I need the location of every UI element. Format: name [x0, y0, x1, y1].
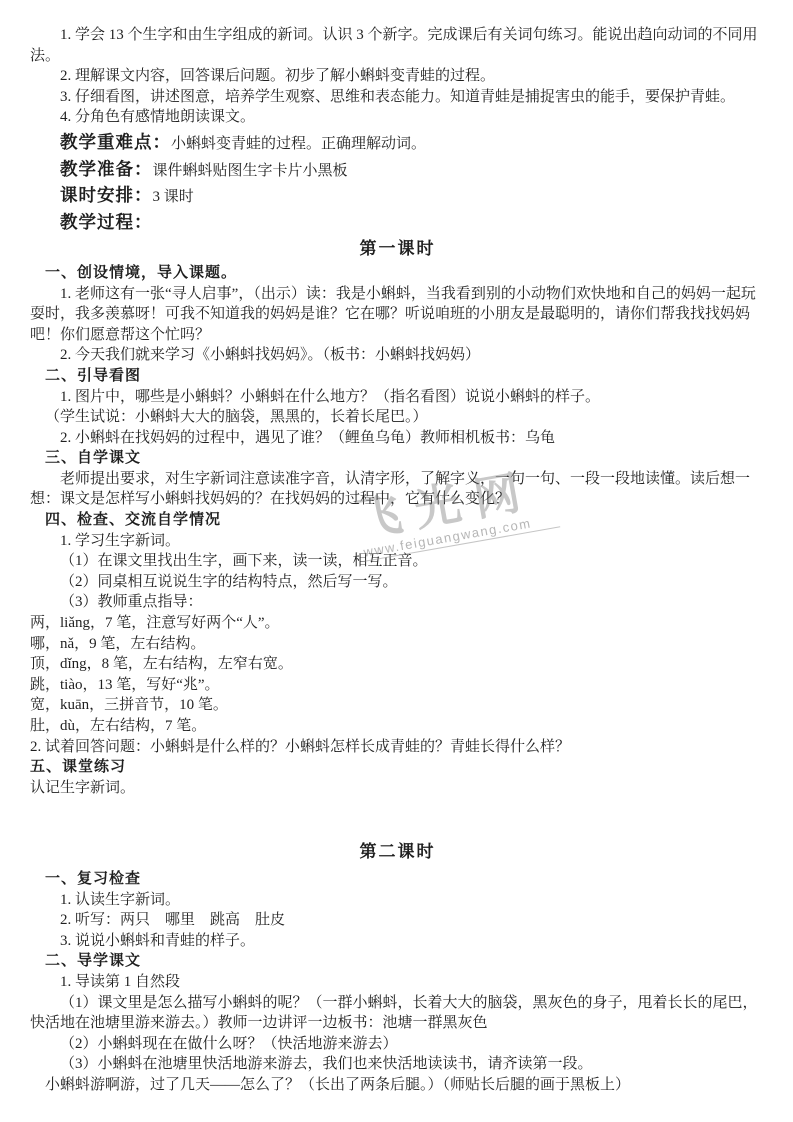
field-label: 课时安排： — [60, 185, 153, 205]
section-heading: 二、导学课文 — [30, 951, 765, 972]
paragraph: （1）课文里是怎么描写小蝌蚪的呢？（一群小蝌蚪，长着大大的脑袋，黑灰色的身子，甩… — [30, 993, 765, 1034]
paragraph: （2）小蝌蚪现在在做什么呀？（快活地游来游去） — [30, 1034, 765, 1055]
section-heading: 一、复习检查 — [30, 869, 765, 890]
field-value: 课件蝌蚪贴图生字卡片小黑板 — [153, 163, 348, 179]
field-label: 教学重难点： — [60, 132, 171, 152]
paragraph: 2. 试着回答问题：小蝌蚪是什么样的？小蝌蚪怎样长成青蛙的？青蛙长得什么样？ — [30, 737, 765, 758]
paragraph: 跳，tiào，13 笔，写好“兆”。 — [30, 675, 765, 696]
paragraph: 肚，dù，左右结构，7 笔。 — [30, 716, 765, 737]
section-heading: 五、课堂练习 — [30, 757, 765, 778]
paragraph: 宽，kuān，三拼音节，10 笔。 — [30, 695, 765, 716]
paragraph: （3）教师重点指导： — [30, 592, 765, 613]
paragraph: 2. 听写：两只 哪里 跳高 肚皮 — [30, 910, 765, 931]
paragraph: 3. 说说小蝌蚪和青蛙的样子。 — [30, 931, 765, 952]
paragraph: （1）在课文里找出生字，画下来，读一读，相互正音。 — [30, 551, 765, 572]
paragraph: 3. 仔细看图，讲述图意，培养学生观察、思维和表态能力。知道青蛙是捕捉害虫的能手… — [30, 87, 765, 108]
paragraph: 顶，dǐng，8 笔，左右结构，左窄右宽。 — [30, 654, 765, 675]
paragraph: （学生试说：小蝌蚪大大的脑袋，黑黑的，长着长尾巴。） — [30, 407, 765, 428]
paragraph: 1. 认读生字新词。 — [30, 890, 765, 911]
paragraph: 1. 老师这有一张“寻人启事”，（出示）读：我是小蝌蚪，当我看到别的小动物们欢快… — [30, 284, 765, 346]
field-line: 教学过程： — [30, 212, 765, 235]
session-title: 第二课时 — [30, 842, 765, 863]
paragraph: 哪，nǎ，9 笔，左右结构。 — [30, 634, 765, 655]
document-page: 1. 学会 13 个生字和由生字组成的新词。认识 3 个新字。完成课后有关词句练… — [0, 0, 793, 1122]
paragraph: 小蝌蚪游啊游，过了几天——怎么了？（长出了两条后腿。）（师贴长后腿的画于黑板上） — [30, 1075, 765, 1096]
paragraph: 2. 理解课文内容，回答课后问题。初步了解小蝌蚪变青蛙的过程。 — [30, 66, 765, 87]
section-heading: 二、引导看图 — [30, 366, 765, 387]
paragraph: （3）小蝌蚪在池塘里快活地游来游去，我们也来快活地读读书，请齐读第一段。 — [30, 1054, 765, 1075]
paragraph: 认记生字新词。 — [30, 778, 765, 799]
paragraph: 1. 导读第 1 自然段 — [30, 972, 765, 993]
field-line: 教学重难点：小蝌蚪变青蛙的过程。正确理解动词。 — [30, 132, 765, 155]
paragraph: 1. 学习生字新词。 — [30, 531, 765, 552]
paragraph: 1. 学会 13 个生字和由生字组成的新词。认识 3 个新字。完成课后有关词句练… — [30, 25, 765, 66]
paragraph: 1. 图片中，哪些是小蝌蚪？小蝌蚪在什么地方？（指名看图）说说小蝌蚪的样子。 — [30, 387, 765, 408]
paragraph: 两，liǎng，7 笔，注意写好两个“人”。 — [30, 613, 765, 634]
paragraph: 2. 小蝌蚪在找妈妈的过程中，遇见了谁？（鲤鱼乌龟）教师相机板书：乌龟 — [30, 428, 765, 449]
field-value: 小蝌蚪变青蛙的过程。正确理解动词。 — [171, 136, 426, 152]
section-heading: 一、创设情境，导入课题。 — [30, 263, 765, 284]
paragraph: 4. 分角色有感情地朗读课文。 — [30, 107, 765, 128]
document-body: 1. 学会 13 个生字和由生字组成的新词。认识 3 个新字。完成课后有关词句练… — [30, 25, 765, 1096]
session-title: 第一课时 — [30, 239, 765, 260]
paragraph: 2. 今天我们就来学习《小蝌蚪找妈妈》。（板书：小蝌蚪找妈妈） — [30, 345, 765, 366]
paragraph: （2）同桌相互说说生字的结构特点，然后写一写。 — [30, 572, 765, 593]
section-heading: 四、检查、交流自学情况 — [30, 510, 765, 531]
lesson-plan-document: 1. 学会 13 个生字和由生字组成的新词。认识 3 个新字。完成课后有关词句练… — [0, 0, 793, 1096]
field-line: 课时安排：3 课时 — [30, 185, 765, 208]
field-label: 教学准备： — [60, 159, 153, 179]
field-value: 3 课时 — [153, 189, 194, 205]
section-heading: 三、自学课文 — [30, 448, 765, 469]
field-label: 教学过程： — [60, 212, 153, 232]
field-line: 教学准备：课件蝌蚪贴图生字卡片小黑板 — [30, 159, 765, 182]
paragraph: 老师提出要求，对生字新词注意读准字音，认清字形，了解字义，一句一句、一段一段地读… — [30, 469, 765, 510]
